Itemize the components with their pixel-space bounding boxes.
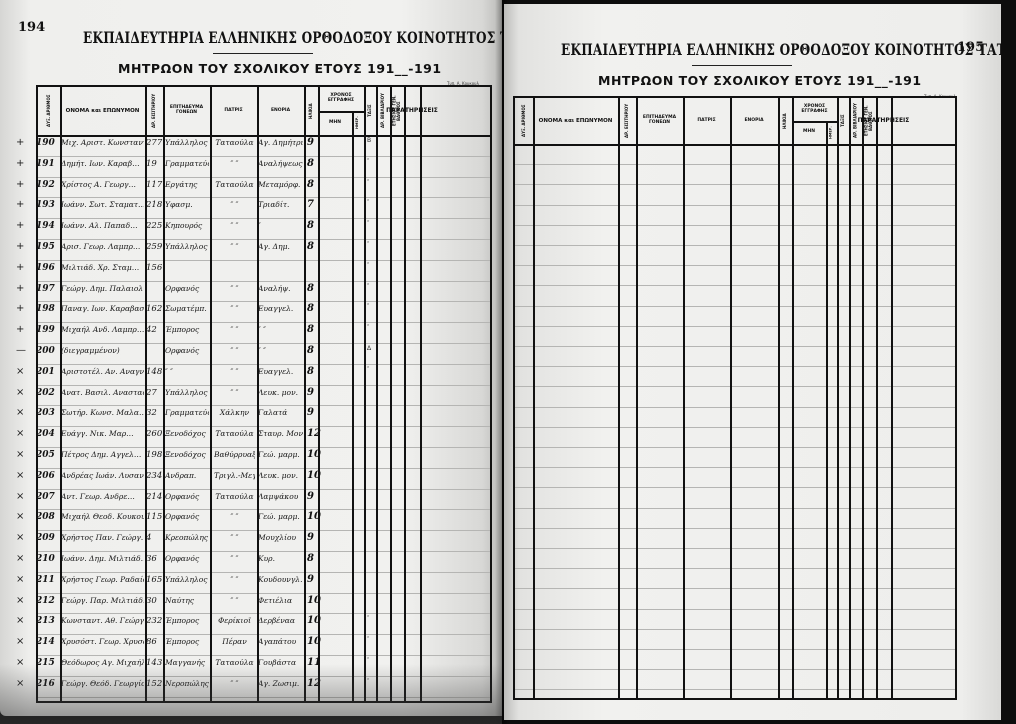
cell-taxis: Β: [367, 137, 376, 144]
cell-age: 9: [307, 137, 318, 149]
cell-enoria: Μεταμόρφ.: [258, 179, 303, 191]
cell-patris: Φερίκιοϊ: [214, 615, 255, 627]
cell-serial: 200: [36, 345, 64, 357]
cell-register-no: 259: [146, 241, 163, 253]
row-status-mark: ×: [16, 615, 24, 627]
cell-name: Γεώργ. Θεόδ. Γεωργίο…: [61, 678, 144, 690]
row-status-mark: +: [16, 262, 24, 274]
cell-patris: ″ ″: [214, 595, 255, 607]
column-divider: [210, 87, 212, 701]
column-header-serial: ΑΥΞ. ΑΡΙΘΜΟΣ: [38, 87, 60, 135]
cell-serial: 198: [36, 303, 64, 315]
cell-name: Ιωάνν. Σωτ. Σταματ…: [61, 199, 144, 211]
ruled-line: [515, 306, 955, 307]
cell-register-no: 143: [146, 657, 163, 669]
ruled-line: [38, 697, 490, 698]
column-header-occupation: ΕΠΙΤΗΔΕΥΜΑ ΓΟΝΕΩΝ: [163, 87, 210, 135]
cell-enoria: Ευαγγελ.: [258, 366, 303, 378]
cell-occupation: Ορφανός: [165, 345, 209, 357]
column-header-age: ΗΛΙΚΙΑ: [304, 87, 318, 135]
column-header-serial: ΑΥΞ. ΑΡΙΘΜΟΣ: [515, 98, 533, 144]
cell-patris: ″ ″: [214, 553, 255, 565]
cell-patris: Ταταούλα: [214, 428, 255, 440]
cell-taxis: ″: [367, 283, 376, 290]
cell-register-no: 27: [146, 387, 163, 399]
cell-serial: 192: [36, 179, 64, 191]
ruled-line: [38, 156, 490, 157]
ruled-line: [38, 281, 490, 282]
ruled-line: [38, 177, 490, 178]
cell-patris: ″ ″: [214, 678, 255, 690]
ruled-line: [515, 285, 955, 286]
row-status-mark: ×: [16, 428, 24, 440]
ruled-line: [38, 509, 490, 510]
cell-register-no: 86: [146, 636, 163, 648]
ruled-line: [38, 593, 490, 594]
cell-enoria: Κυρ.: [258, 553, 303, 565]
cell-register-no: 218: [146, 199, 163, 211]
cell-serial: 197: [36, 283, 64, 295]
cell-serial: 208: [36, 511, 64, 523]
cell-serial: 204: [36, 428, 64, 440]
ruled-line: [515, 245, 955, 246]
column-divider: [862, 98, 864, 698]
cell-occupation: Ορφανός: [165, 511, 209, 523]
cell-taxis: Δ: [367, 345, 376, 352]
cell-occupation: Μαγγανής: [165, 657, 209, 669]
column-divider: [778, 98, 780, 698]
cell-occupation: Υπάλληλος: [165, 241, 209, 253]
cell-register-no: 162: [146, 303, 163, 315]
cell-age: 8: [307, 158, 318, 170]
row-status-mark: ×: [16, 636, 24, 648]
cell-taxis: ″: [367, 303, 376, 310]
row-status-mark: ×: [16, 657, 24, 669]
header-divider: [515, 144, 955, 146]
cell-taxis: ″: [367, 241, 376, 248]
ruled-line: [515, 326, 955, 327]
cell-name: Χρυσόστ. Γεωρ. Χρυσανθ…: [61, 636, 144, 648]
school-title: ΕΚΠΑΙΔΕΥΤΗΡΙΑ ΕΛΛΗΝΙΚΗΣ ΟΡΘΟΔΟΞΟΥ ΚΟΙΝΟΤ…: [561, 40, 1001, 59]
cell-enoria: Γαλατά: [258, 407, 303, 419]
cell-occupation: Ξενοδόχος: [165, 428, 209, 440]
ruled-line: [515, 366, 955, 367]
cell-register-no: 30: [146, 595, 163, 607]
cell-name: Γεώργ. Δημ. Παλαιολ…: [61, 283, 144, 295]
cell-serial: 213: [36, 615, 64, 627]
column-header-occupation: ΕΠΙΤΗΔΕΥΜΑ ΓΟΝΕΩΝ: [636, 98, 683, 144]
row-status-mark: +: [16, 241, 24, 253]
ruled-line: [38, 426, 490, 427]
column-header-month: ΜΗΝ: [792, 121, 826, 144]
cell-patris: Τριγλ.-Μεγ.: [214, 470, 255, 482]
cell-patris: ″ ″: [214, 158, 255, 170]
cell-taxis: ″: [367, 678, 376, 685]
cell-age: 10: [307, 615, 318, 627]
page-number: 194: [18, 20, 45, 35]
cell-register-no: 19: [146, 158, 163, 170]
ruled-line: [515, 649, 955, 650]
cell-register-no: 32: [146, 407, 163, 419]
cell-name: Μιχαήλ Θεοδ. Κουκουλ…: [61, 511, 144, 523]
column-header-name: ΟΝΟΜΑ και ΕΠΩΝΥΜΟΝ: [60, 87, 145, 135]
ruled-line: [38, 364, 490, 365]
row-status-mark: ×: [16, 366, 24, 378]
cell-occupation: Έμπορος: [165, 615, 209, 627]
cell-occupation: Ξενοδόχος: [165, 449, 209, 461]
ruled-line: [515, 487, 955, 488]
cell-serial: 209: [36, 532, 64, 544]
row-status-mark: ×: [16, 553, 24, 565]
cell-taxis: ″: [367, 615, 376, 622]
cell-serial: 203: [36, 407, 64, 419]
cell-patris: ″ ″: [214, 241, 255, 253]
cell-register-no: 152: [146, 678, 163, 690]
cell-age: 8: [307, 241, 318, 253]
ruled-line: [38, 385, 490, 386]
right-page: 195 ΕΚΠΑΙΔΕΥΤΗΡΙΑ ΕΛΛΗΝΙΚΗΣ ΟΡΘΟΔΟΞΟΥ ΚΟ…: [504, 4, 1001, 720]
cell-name: Ιωάνν. Αλ. Παπαδ…: [61, 220, 144, 232]
row-status-mark: ×: [16, 532, 24, 544]
cell-register-no: 148: [146, 366, 163, 378]
cell-occupation: Υφασμ.: [165, 199, 209, 211]
column-header-remarks: ΠΑΡΑΤΗΡΗΣΕΙΣ: [876, 98, 891, 144]
ruled-line: [38, 655, 490, 656]
ruled-line: [38, 197, 490, 198]
cell-age: 9: [307, 532, 318, 544]
row-status-mark: ×: [16, 678, 24, 690]
cell-enoria: Μουχλίου: [258, 532, 303, 544]
cell-enoria: Αναλήψεως: [258, 158, 303, 170]
cell-register-no: 156: [146, 262, 163, 274]
cell-occupation: Γραμματεύς: [165, 158, 209, 170]
cell-enoria: Αγ. Δημ.: [258, 241, 303, 253]
ruled-line: [515, 609, 955, 610]
ruled-line: [38, 301, 490, 302]
column-header-enrollment: ΧΡΟΝΟΣ ΕΓΓΡΑΦΗΣ: [318, 87, 364, 111]
ruled-line: [515, 689, 955, 690]
cell-name: Ανατ. Βασιλ. Αναστασ…: [61, 387, 144, 399]
ruled-line: [515, 508, 955, 509]
cell-patris: Ταταούλα: [214, 179, 255, 191]
row-status-mark: +: [16, 199, 24, 211]
cell-serial: 211: [36, 574, 64, 586]
cell-enoria: Λαμψάκου: [258, 491, 303, 503]
column-divider: [891, 98, 893, 698]
cell-age: 8: [307, 179, 318, 191]
cell-patris: ″ ″: [214, 220, 255, 232]
cell-occupation: Υπάλληλος: [165, 387, 209, 399]
cell-name: Αντ. Γεωρ. Ανδρε…: [61, 491, 144, 503]
cell-name: Ιωάνν. Δημ. Μιλτιάδ…: [61, 553, 144, 565]
cell-register-no: 115: [146, 511, 163, 523]
column-divider: [404, 87, 406, 701]
cell-enoria: ″ ″: [258, 345, 303, 357]
cell-register-no: 42: [146, 324, 163, 336]
cell-name: Αρισ. Γεωρ. Λαμπρ…: [61, 241, 144, 253]
ruled-line: [515, 447, 955, 448]
cell-enoria: Κουδουνγλ.: [258, 574, 303, 586]
column-divider: [876, 98, 878, 698]
school-title: ΕΚΠΑΙΔΕΥΤΗΡΙΑ ΕΛΛΗΝΙΚΗΣ ΟΡΘΟΔΟΞΟΥ ΚΟΙΝΟΤ…: [83, 28, 502, 47]
cell-name: Πέτρος Δημ. Αγγελ…: [61, 449, 144, 461]
ruled-line: [38, 530, 490, 531]
cell-taxis: ″: [367, 262, 376, 269]
column-divider: [826, 121, 828, 698]
cell-serial: 190: [36, 137, 64, 149]
cell-occupation: Υπάλληλος: [165, 574, 209, 586]
cell-register-no: 4: [146, 532, 163, 544]
cell-patris: Ταταούλα: [214, 137, 255, 149]
cell-patris: ″ ″: [214, 574, 255, 586]
cell-register-no: 117: [146, 179, 163, 191]
column-divider: [352, 111, 354, 701]
column-header-patris: ΠΑΤΡΙΣ: [683, 98, 730, 144]
cell-occupation: Κηπουρός: [165, 220, 209, 232]
column-divider: [636, 98, 638, 698]
cell-serial: 214: [36, 636, 64, 648]
cell-occupation: Ανδραπ.: [165, 470, 209, 482]
register-table: ΑΥΞ. ΑΡΙΘΜΟΣΟΝΟΜΑ και ΕΠΩΝΥΜΟΝΑΡ. ΕΙΣΙΤΗ…: [36, 85, 492, 703]
cell-serial: 196: [36, 262, 64, 274]
cell-register-no: 165: [146, 574, 163, 586]
cell-occupation: Ορφανός: [165, 553, 209, 565]
cell-name: Παναγ. Ιων. Καραβασ…: [61, 303, 144, 315]
ruled-line: [38, 218, 490, 219]
cell-enoria: Λευκ. μον.: [258, 470, 303, 482]
ruled-line: [515, 629, 955, 630]
cell-occupation: Υπάλληλος: [165, 137, 209, 149]
cell-age: 8: [307, 553, 318, 565]
cell-age: 12: [307, 428, 318, 440]
column-header-name: ΟΝΟΜΑ και ΕΠΩΝΥΜΟΝ: [533, 98, 618, 144]
ruled-line: [515, 467, 955, 468]
row-status-mark: +: [16, 137, 24, 149]
cell-occupation: Σωματέμπ.: [165, 303, 209, 315]
cell-serial: 191: [36, 158, 64, 170]
cell-age: 7: [307, 199, 318, 211]
cell-occupation: Γραμματεύς: [165, 407, 209, 419]
cell-taxis: ″: [367, 366, 376, 373]
cell-name: Γεώργ. Παρ. Μιλτιάδ…: [61, 595, 144, 607]
column-header-age: ΗΛΙΚΙΑ: [778, 98, 792, 144]
ruled-line: [38, 551, 490, 552]
cell-register-no: 214: [146, 491, 163, 503]
cell-patris: Πέραν: [214, 636, 255, 648]
column-divider: [364, 87, 366, 701]
cell-occupation: Εργάτης: [165, 179, 209, 191]
row-status-mark: ×: [16, 449, 24, 461]
row-status-mark: +: [16, 303, 24, 315]
cell-enoria: Γεώ. μαρμ.: [258, 511, 303, 523]
row-status-mark: ×: [16, 595, 24, 607]
cell-age: 11: [307, 657, 318, 669]
cell-occupation: ″ ″: [165, 366, 209, 378]
column-divider: [533, 98, 535, 698]
cell-serial: 193: [36, 199, 64, 211]
row-status-mark: ×: [16, 491, 24, 503]
cell-taxis: ″: [367, 657, 376, 664]
column-header-enoria: ΕΝΟΡΙΑ: [730, 98, 778, 144]
cell-serial: 205: [36, 449, 64, 461]
ruled-line: [515, 164, 955, 165]
column-divider: [837, 98, 839, 698]
row-status-mark: ×: [16, 511, 24, 523]
column-divider: [304, 87, 306, 701]
column-divider: [318, 87, 320, 701]
cell-age: 8: [307, 366, 318, 378]
cell-serial: 201: [36, 366, 64, 378]
cell-name: Χρήστος Παν. Γεώργ…: [61, 532, 144, 544]
cell-name: (διεγραμμένον): [61, 345, 144, 357]
row-status-mark: ×: [16, 574, 24, 586]
cell-name: Μιχαήλ Ανδ. Λαμπρ…: [61, 324, 144, 336]
cell-serial: 195: [36, 241, 64, 253]
cell-register-no: 260: [146, 428, 163, 440]
ruled-line: [38, 447, 490, 448]
row-status-mark: +: [16, 179, 24, 191]
cell-occupation: Ορφανός: [165, 283, 209, 295]
cell-patris: Βαθύρρυαξ: [214, 449, 255, 461]
cell-patris: Χάλκην: [214, 407, 255, 419]
column-divider: [376, 87, 378, 701]
column-header-taxis: ΤΑΞΙΣ: [364, 87, 376, 135]
cell-patris: ″ ″: [214, 387, 255, 399]
row-status-mark: +: [16, 324, 24, 336]
left-page: 194 ΕΚΠΑΙΔΕΥΤΗΡΙΑ ΕΛΛΗΝΙΚΗΣ ΟΡΘΟΔΟΞΟΥ ΚΟ…: [0, 0, 502, 716]
cell-enoria: ″ ″: [258, 324, 303, 336]
cell-enoria: Αναλήψ.: [258, 283, 303, 295]
column-divider: [420, 87, 422, 701]
column-divider: [683, 98, 685, 698]
cell-patris: ″ ″: [214, 199, 255, 211]
cell-age: 9: [307, 387, 318, 399]
register-title: ΜΗΤΡΩΟΝ ΤΟΥ ΣΧΟΛΙΚΟΥ ΕΤΟΥΣ 191__-191: [598, 73, 922, 88]
cell-serial: 206: [36, 470, 64, 482]
cell-patris: ″ ″: [214, 345, 255, 357]
cell-enoria: Γουβάστα: [258, 657, 303, 669]
cell-enoria: ″: [258, 220, 303, 232]
cell-age: 9: [307, 407, 318, 419]
cell-name: Χρήστος Γεωρ. Ραδαίο…: [61, 574, 144, 586]
cell-name: Κωνσταντ. Αθ. Γεώργ…: [61, 615, 144, 627]
cell-name: Μιλτιάδ. Χρ. Σταμ…: [61, 262, 144, 274]
ruled-line: [515, 346, 955, 347]
cell-age: 12: [307, 678, 318, 690]
cell-serial: 202: [36, 387, 64, 399]
cell-name: Χρίστος Α. Γεωργ…: [61, 179, 144, 191]
ruled-line: [38, 322, 490, 323]
row-status-mark: +: [16, 220, 24, 232]
column-header-remarks: ΠΑΡΑΤΗΡΗΣΕΙΣ: [404, 87, 420, 135]
ruled-line: [515, 386, 955, 387]
column-divider: [730, 98, 732, 698]
cell-serial: 207: [36, 491, 64, 503]
column-header-register-no: ΑΡ. ΕΙΣΙΤΗΡΙΟΥ: [145, 87, 163, 135]
cell-taxis: ″: [367, 158, 376, 165]
column-divider: [792, 98, 794, 698]
register-title: ΜΗΤΡΩΟΝ ΤΟΥ ΣΧΟΛΙΚΟΥ ΕΤΟΥΣ 191__-191: [118, 61, 442, 76]
cell-name: Μιχ. Αριστ. Κωνσταντ…: [61, 137, 144, 149]
ruled-line: [515, 205, 955, 206]
ruled-line: [515, 265, 955, 266]
cell-age: 9: [307, 574, 318, 586]
ruled-line: [38, 260, 490, 261]
cell-name: Ευάγγ. Νικ. Μαρ…: [61, 428, 144, 440]
cell-age: 8: [307, 324, 318, 336]
cell-register-no: 198: [146, 449, 163, 461]
row-status-mark: ×: [16, 407, 24, 419]
cell-patris: ″ ″: [214, 324, 255, 336]
cell-patris: ″ ″: [214, 511, 255, 523]
cell-name: Αριστοτέλ. Αν. Αναγνωστ…: [61, 366, 144, 378]
cell-age: 8: [307, 303, 318, 315]
cell-serial: 199: [36, 324, 64, 336]
cell-serial: 215: [36, 657, 64, 669]
ruled-line: [515, 568, 955, 569]
cell-patris: ″ ″: [214, 366, 255, 378]
column-header-enoria: ΕΝΟΡΙΑ: [257, 87, 304, 135]
column-header-taxis: ΤΑΞΙΣ: [837, 98, 849, 144]
column-header-day: ΗΜΕΡ.: [826, 121, 837, 144]
column-header-register-no: ΑΡ. ΕΙΣΙΤΗΡΙΟΥ: [618, 98, 636, 144]
row-status-mark: ×: [16, 387, 24, 399]
row-status-mark: +: [16, 158, 24, 170]
cell-register-no: 234: [146, 470, 163, 482]
ruled-line: [515, 225, 955, 226]
cell-serial: 212: [36, 595, 64, 607]
column-header-day: ΗΜΕΡ.: [352, 111, 364, 135]
ruled-line: [515, 427, 955, 428]
ruled-line: [515, 407, 955, 408]
cell-name: Σωτήρ. Κωνσ. Μαλα…: [61, 407, 144, 419]
cell-enoria: Αγ. Δημήτριος: [258, 137, 303, 149]
ruled-line: [515, 528, 955, 529]
cell-taxis: ″: [367, 220, 376, 227]
cell-occupation: Κρεοπώλης: [165, 532, 209, 544]
column-header-patris: ΠΑΤΡΙΣ: [210, 87, 257, 135]
cell-register-no: 225: [146, 220, 163, 232]
cell-enoria: Δερβέναα: [258, 615, 303, 627]
cell-enoria: Σταυρ. Μον.: [258, 428, 303, 440]
cell-taxis: ″: [367, 324, 376, 331]
column-divider: [618, 98, 620, 698]
ruled-line: [515, 588, 955, 589]
ornament-divider: [213, 53, 313, 54]
cell-enoria: Αγ. Ζωσιμ.: [258, 678, 303, 690]
cell-serial: 216: [36, 678, 64, 690]
column-header-enrollment: ΧΡΟΝΟΣ ΕΓΓΡΑΦΗΣ: [792, 98, 837, 121]
cell-occupation: Νεροπώλης: [165, 678, 209, 690]
cell-serial: 194: [36, 220, 64, 232]
cell-taxis: ″: [367, 199, 376, 206]
cell-age: 8: [307, 220, 318, 232]
ornament-divider: [692, 65, 792, 66]
cell-occupation: Έμπορος: [165, 324, 209, 336]
register-table: ΑΥΞ. ΑΡΙΘΜΟΣΟΝΟΜΑ και ΕΠΩΝΥΜΟΝΑΡ. ΕΙΣΙΤΗ…: [513, 96, 957, 700]
ruled-line: [38, 468, 490, 469]
cell-age: 10: [307, 449, 318, 461]
cell-enoria: Γεώ. μαρμ.: [258, 449, 303, 461]
row-status-mark: +: [16, 283, 24, 295]
cell-patris: Ταταούλα: [214, 491, 255, 503]
ruled-line: [515, 184, 955, 185]
cell-taxis: ″: [367, 636, 376, 643]
ruled-line: [38, 239, 490, 240]
cell-age: 8: [307, 345, 318, 357]
cell-patris: Ταταούλα: [214, 657, 255, 669]
cell-patris: ″ ″: [214, 283, 255, 295]
